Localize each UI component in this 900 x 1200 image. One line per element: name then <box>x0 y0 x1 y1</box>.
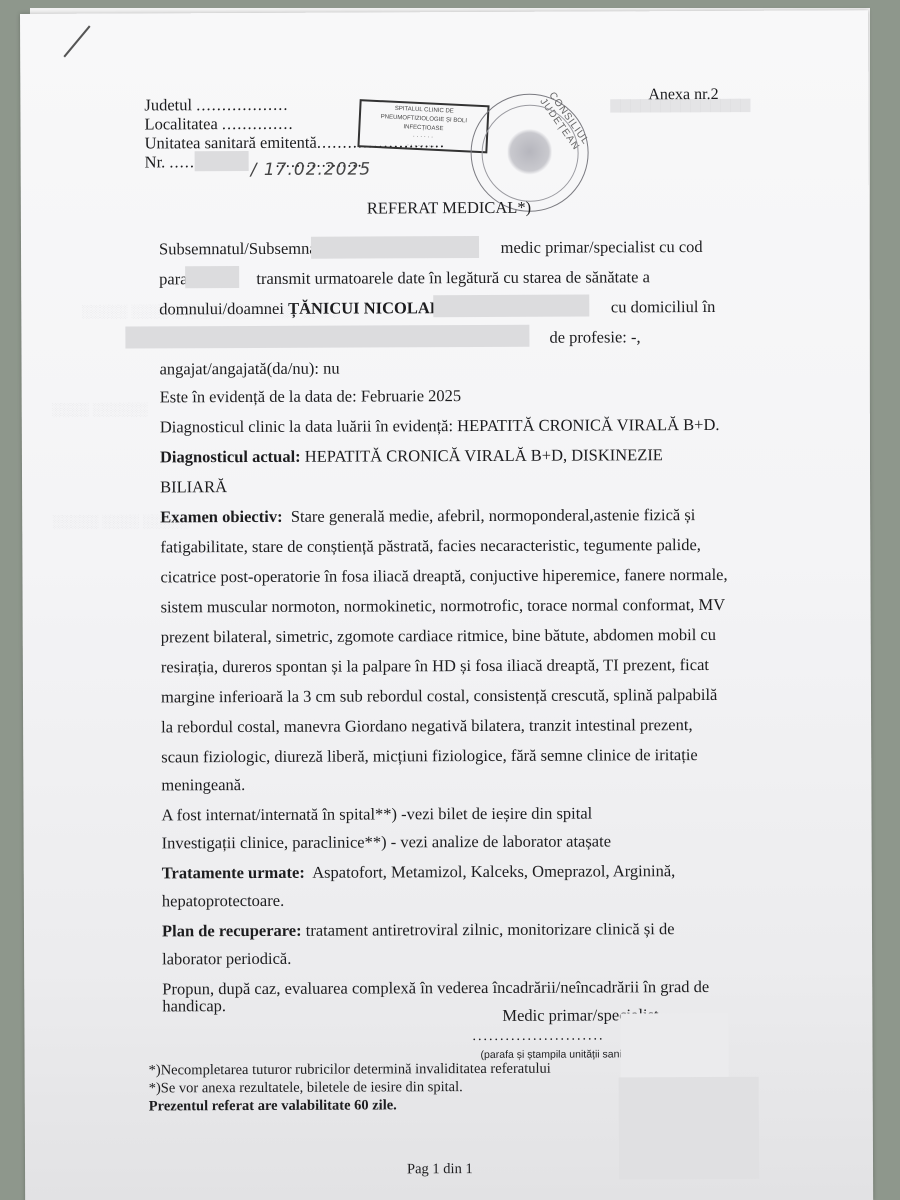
objective-exam-line: cicatrice post-operatorie în fosa iliacă… <box>160 567 727 586</box>
signature-note: (parafa și ștampila unității sanitar <box>481 1049 635 1060</box>
redacted-address <box>125 325 529 349</box>
objective-exam-line: sistem muscular normoton, normokinetic, … <box>161 597 726 616</box>
objective-exam-line: margine inferioară la 3 cm sub rebordul … <box>161 687 717 706</box>
locality-field: Localitatea .............. <box>144 116 293 133</box>
county-field: Judetul .................. <box>144 97 288 114</box>
current-diagnosis-cont: BILIARĂ <box>160 479 227 496</box>
handwritten-date: / 17.02.2025 <box>251 159 372 180</box>
coat-of-arms-icon <box>508 129 552 175</box>
objective-exam-line: la rebordul costal, manevra Giordano neg… <box>161 717 693 736</box>
document-title: REFERAT MEDICAL*) <box>367 200 531 217</box>
proposal-cont: handicap. <box>162 998 226 1015</box>
objective-exam-line: scaun fiziologic, diureză liberă, micțiu… <box>161 747 698 766</box>
pen-mark-icon <box>63 25 90 57</box>
redacted-patient-id <box>433 295 589 318</box>
current-diagnosis: Diagnosticul actual: HEPATITĂ CRONICĂ VI… <box>160 447 663 466</box>
employment-field: angajat/angajată(da/nu): nu <box>160 361 340 378</box>
validity-note: Prezentul referat are valabilitate 60 zi… <box>149 1098 397 1114</box>
profession-field: de profesie: -, <box>549 329 640 346</box>
objective-exam-line: fatigabilitate, stare de conștiență păst… <box>160 537 701 556</box>
objective-exam-line: resirația, dureros spontan și la palpare… <box>161 657 709 676</box>
treatments-cont: hepatoprotectoare. <box>162 893 284 910</box>
signature-line: ........................ <box>472 1029 604 1044</box>
initial-diagnosis: Diagnosticul clinic la data luării în ev… <box>160 417 720 436</box>
redacted-stamp-area <box>619 1077 759 1180</box>
institution-stamp: SPITALUL CLINIC DE PNEUMOFTIZIOLOGIE ȘI … <box>357 99 489 153</box>
patient-name: ȚĂNICUI NICOLAE, <box>288 298 445 318</box>
treatments: Tratamente urmate: Aspatofort, Metamizol… <box>162 863 676 882</box>
investigations-info: Investigații clinice, paraclinice**) - v… <box>162 833 611 851</box>
evidence-date: Este în evidență de la data de: Februari… <box>160 388 462 406</box>
recovery-plan-cont: laborator periodică. <box>162 951 291 968</box>
document-page: ▇▇▇▇▇▇▇▇▇▇▇▇▇▇ ░░░░░ ░░░░ ░░░░░ ░░░ ░░░░… <box>20 10 873 1200</box>
redacted-doctor-name <box>311 236 479 259</box>
annex-label: Anexa nr.2 <box>648 87 718 103</box>
redacted-stamp-code <box>185 266 239 288</box>
proposal: Propun, după caz, evaluarea complexă în … <box>162 979 709 998</box>
recovery-plan: Plan de recuperare: tratament antiretrov… <box>162 921 675 940</box>
footnote-1: *)Necompletarea tuturor rubricilor deter… <box>149 1062 551 1078</box>
objective-exam-line: meningeană. <box>161 777 245 794</box>
round-seal-stamp: CONSILIUL JUDEȚEAN <box>470 94 589 213</box>
page-indicator: Pag 1 din 1 <box>407 1162 473 1177</box>
redacted-number <box>195 151 249 171</box>
hospitalization-info: A fost internat/internată în spital**) -… <box>161 806 592 824</box>
objective-exam-line: Examen obiectiv: Stare generală medie, a… <box>160 507 695 526</box>
objective-exam-line: prezent bilateral, simetric, zgomote car… <box>161 627 716 646</box>
redacted-signature-area <box>620 1013 728 1077</box>
show-through-text: ░░░░ ░░░░░░ <box>52 401 148 416</box>
footnote-2: *)Se vor anexa rezultatele, biletele de … <box>149 1080 463 1096</box>
